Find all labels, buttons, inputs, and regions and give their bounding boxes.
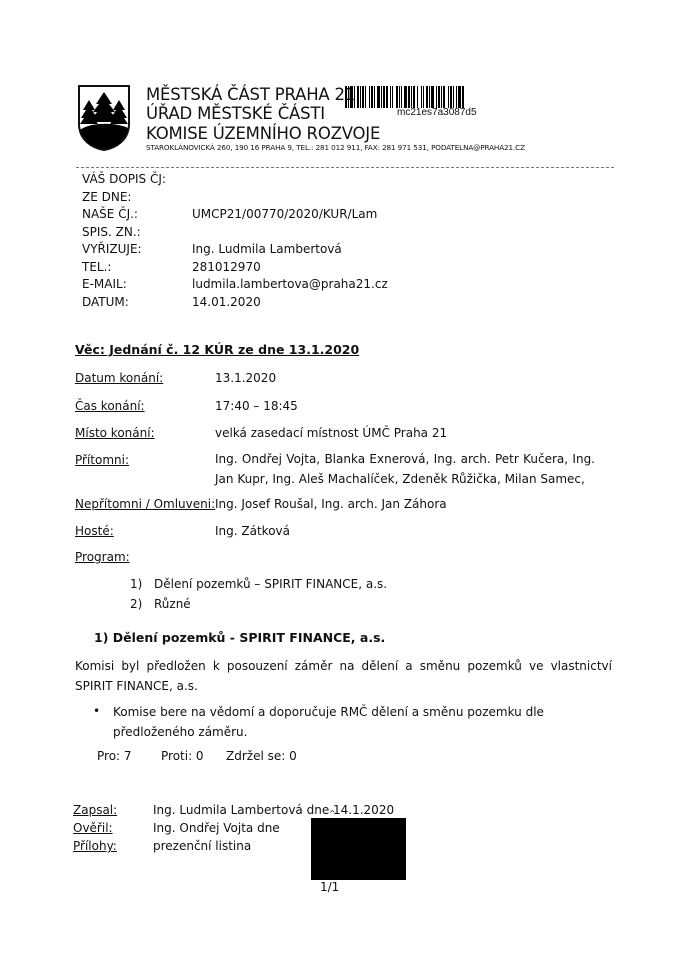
resolution-text: Komise bere na vědomí a doporučuje RMČ d… [113,702,603,742]
org-name-line3: KOMISE ÚZEMNÍHO ROZVOJE [146,124,380,143]
present-value: Ing. Ondřej Vojta, Blanka Exnerová, Ing.… [215,449,595,489]
reference-label: VÁŠ DOPIS ČJ: [82,172,166,186]
coat-of-arms-trees-icon [76,84,132,152]
present-label: Přítomni: [75,453,129,467]
reference-label: SPIS. ZN.: [82,225,141,239]
vote-for: Pro: 7 [97,749,132,763]
org-name-line2: ÚŘAD MĚSTSKÉ ČÁSTI [146,104,325,123]
attachments-label: Přílohy: [73,839,117,853]
meeting-date-value: 13.1.2020 [215,371,276,385]
program-item: 2)Různé [130,597,191,611]
caret-mark: ^ [329,809,336,818]
meeting-date-label: Datum konání: [75,371,163,385]
meeting-place-label: Místo konání: [75,426,155,440]
meeting-time-value: 17:40 – 18:45 [215,399,298,413]
absent-label: Nepřítomni / Omluveni: [75,497,215,511]
org-address: STAROKLÁNOVICKÁ 260, 190 16 PRAHA 9, TEL… [146,143,525,152]
page-number: 1/1 [320,880,339,894]
vote-abstain: Zdržel se: 0 [226,749,297,763]
header-separator [76,167,614,168]
program-label: Program: [75,550,130,564]
reference-label: DATUM: [82,295,129,309]
program-item: 1)Dělení pozemků – SPIRIT FINANCE, a.s. [130,577,387,591]
recorded-by-label: Zapsal: [73,803,117,817]
org-name-line1: MĚSTSKÁ ČÁST PRAHA 21 [146,85,355,104]
reference-label: VYŘIZUJE: [82,242,142,256]
guests-label: Hosté: [75,524,114,538]
absent-value: Ing. Josef Roušal, Ing. arch. Jan Záhora [215,497,447,511]
redacted-signature [311,818,406,880]
reference-value: Ing. Ludmila Lambertová [192,242,342,256]
reference-label: TEL.: [82,260,111,274]
reference-value: ludmila.lambertova@praha21.cz [192,277,388,291]
reference-value: 14.01.2020 [192,295,261,309]
reference-label: E-MAIL: [82,277,127,291]
meeting-place-value: velká zasedací místnost ÚMČ Praha 21 [215,426,447,440]
verified-by-value: Ing. Ondřej Vojta dne [153,821,280,835]
guests-value: Ing. Zátková [215,524,290,538]
vote-against: Proti: 0 [161,749,204,763]
attachments-value: prezenční listina [153,839,251,853]
bullet-icon: • [93,704,100,718]
barcode-icon [345,86,520,108]
verified-by-label: Ověřil: [73,821,113,835]
section-paragraph: Komisi byl předložen k posouzení záměr n… [75,656,612,696]
meeting-time-label: Čas konání: [75,399,145,413]
reference-value: UMCP21/00770/2020/KUR/Lam [192,207,377,221]
reference-value: 281012970 [192,260,261,274]
barcode-text: mc21es7a3087d5 [397,107,477,118]
recorded-by-value: Ing. Ludmila Lambertová dne 14.1.2020 [153,803,394,817]
reference-label: ZE DNE: [82,190,131,204]
subject-heading: Věc: Jednání č. 12 KÚR ze dne 13.1.2020 [75,342,359,357]
section-heading: 1) Dělení pozemků - SPIRIT FINANCE, a.s. [94,630,385,645]
reference-label: NAŠE ČJ.: [82,207,138,221]
